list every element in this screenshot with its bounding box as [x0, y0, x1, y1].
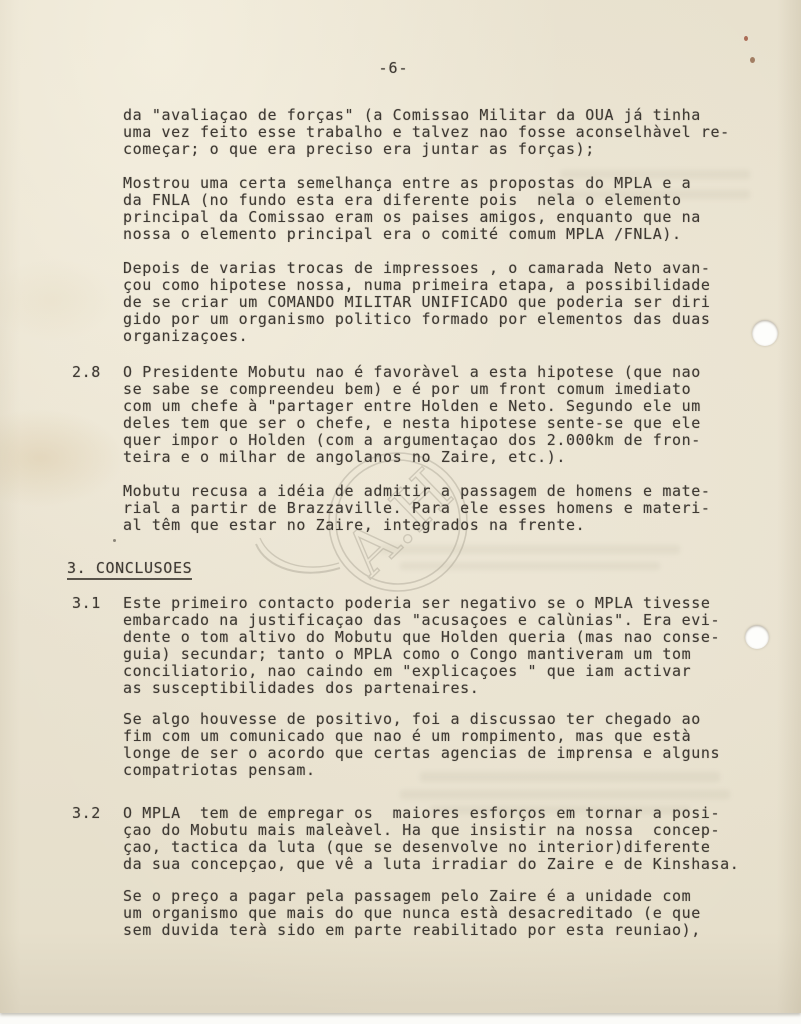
section-number: 3.1	[0, 595, 123, 779]
section-2-8: 2.8 O Presidente Mobutu nao é favoràvel …	[0, 364, 801, 534]
text-line: principal da Comissao eram os paises ami…	[123, 209, 801, 226]
text-line: Mostrou uma certa semelhança entre as pr…	[123, 175, 801, 192]
text-line: se sabe se compreendeu bem) e é por um f…	[123, 381, 801, 398]
page-number: -6-	[0, 60, 794, 77]
punch-hole-middle	[745, 625, 769, 649]
text-line: da sua concepçao, que vê a luta irradiar…	[123, 856, 801, 873]
document-body: da "avaliaçao de forças" (a Comissao Mil…	[0, 107, 801, 939]
paragraph-2-8-b: Mobutu recusa a idéia de admitir a passa…	[123, 483, 801, 534]
text-line: Se o preço a pagar pela passagem pelo Za…	[123, 888, 801, 905]
text-line: çao do Mobutu mais maleàvel. Ha que insi…	[123, 822, 801, 839]
text-line: da "avaliaçao de forças" (a Comissao Mil…	[123, 107, 801, 124]
section-number: 3.2	[0, 805, 123, 939]
text-line: as susceptibilidades dos partenaires.	[123, 680, 801, 697]
section-number: 2.8	[0, 364, 123, 534]
paragraph-3-2-a: O MPLA tem de empregar os maiores esforç…	[123, 805, 801, 873]
text-line: deles tem que ser o chefe, e nesta hipot…	[123, 415, 801, 432]
ink-speck	[113, 539, 116, 542]
text-line: da FNLA (no fundo esta era diferente poi…	[123, 192, 801, 209]
text-line: teira e o milhar de angolanos no Zaire, …	[123, 449, 801, 466]
text-line: al têm que estar no Zaire, integrados na…	[123, 517, 801, 534]
text-line: um organismo que mais do que nunca està …	[123, 905, 801, 922]
text-line: compatriotas pensam.	[123, 762, 801, 779]
text-line: organizaçoes.	[123, 328, 801, 345]
ink-speck	[744, 36, 748, 41]
ink-speck	[750, 57, 755, 63]
text-line: fim com um comunicado que nao é um rompi…	[123, 728, 801, 745]
document-scan: A.H -6- da "avaliaçao de forças" (a Comi…	[0, 0, 801, 1024]
paragraph-2-8-a: O Presidente Mobutu nao é favoràvel a es…	[123, 364, 801, 466]
punch-hole-top	[752, 320, 778, 346]
section-3-2: 3.2 O MPLA tem de empregar os maiores es…	[0, 805, 801, 939]
text-line: conciliatorio, nao caindo em "explicaçoe…	[123, 663, 801, 680]
text-line: Depois de varias trocas de impressoes , …	[123, 260, 801, 277]
text-line: gido por um organismo politico formado p…	[123, 311, 801, 328]
text-line: Mobutu recusa a idéia de admitir a passa…	[123, 483, 801, 500]
text-line: nossa o elemento principal era o comité …	[123, 226, 801, 243]
text-line: começar; o que era preciso era juntar as…	[123, 141, 801, 158]
paragraph-3-1-a: Este primeiro contacto poderia ser negat…	[123, 595, 801, 697]
text-line: quer impor o Holden (com a argumentaçao …	[123, 432, 801, 449]
text-line: guia) secundar; tanto o MPLA como o Cong…	[123, 646, 801, 663]
text-line: Se algo houvesse de positivo, foi a disc…	[123, 711, 801, 728]
paragraph-3-1-b: Se algo houvesse de positivo, foi a disc…	[123, 711, 801, 779]
paragraph-intro-1: da "avaliaçao de forças" (a Comissao Mil…	[123, 107, 801, 158]
text-line: dente o tom altivo do Mobutu que Holden …	[123, 629, 801, 646]
text-line: O Presidente Mobutu nao é favoràvel a es…	[123, 364, 801, 381]
text-line: çao, tactica da luta (que se desenvolve …	[123, 839, 801, 856]
text-line: Este primeiro contacto poderia ser negat…	[123, 595, 801, 612]
text-line: de se criar um COMANDO MILITAR UNIFICADO…	[123, 294, 801, 311]
text-line: uma vez feito esse trabalho e talvez nao…	[123, 124, 801, 141]
text-line: çou como hipotese nossa, numa primeira e…	[123, 277, 801, 294]
text-line: O MPLA tem de empregar os maiores esforç…	[123, 805, 801, 822]
paragraph-3-2-b: Se o preço a pagar pela passagem pelo Za…	[123, 888, 801, 939]
paragraph-intro-3: Depois de varias trocas de impressoes , …	[123, 260, 801, 345]
paragraph-intro-2: Mostrou uma certa semelhança entre as pr…	[123, 175, 801, 243]
text-line: longe de ser o acordo que certas agencia…	[123, 745, 801, 762]
text-line: com um chefe à "partager entre Holden e …	[123, 398, 801, 415]
section-3-1: 3.1 Este primeiro contacto poderia ser n…	[0, 595, 801, 779]
text-line: sem duvida terà sido em parte reabilitad…	[123, 922, 801, 939]
text-line: rial a partir de Brazzaville. Para ele e…	[123, 500, 801, 517]
conclusions-heading: 3. CONCLUSOES	[67, 560, 192, 580]
text-line: embarcado na justificaçao das "acusaçoes…	[123, 612, 801, 629]
